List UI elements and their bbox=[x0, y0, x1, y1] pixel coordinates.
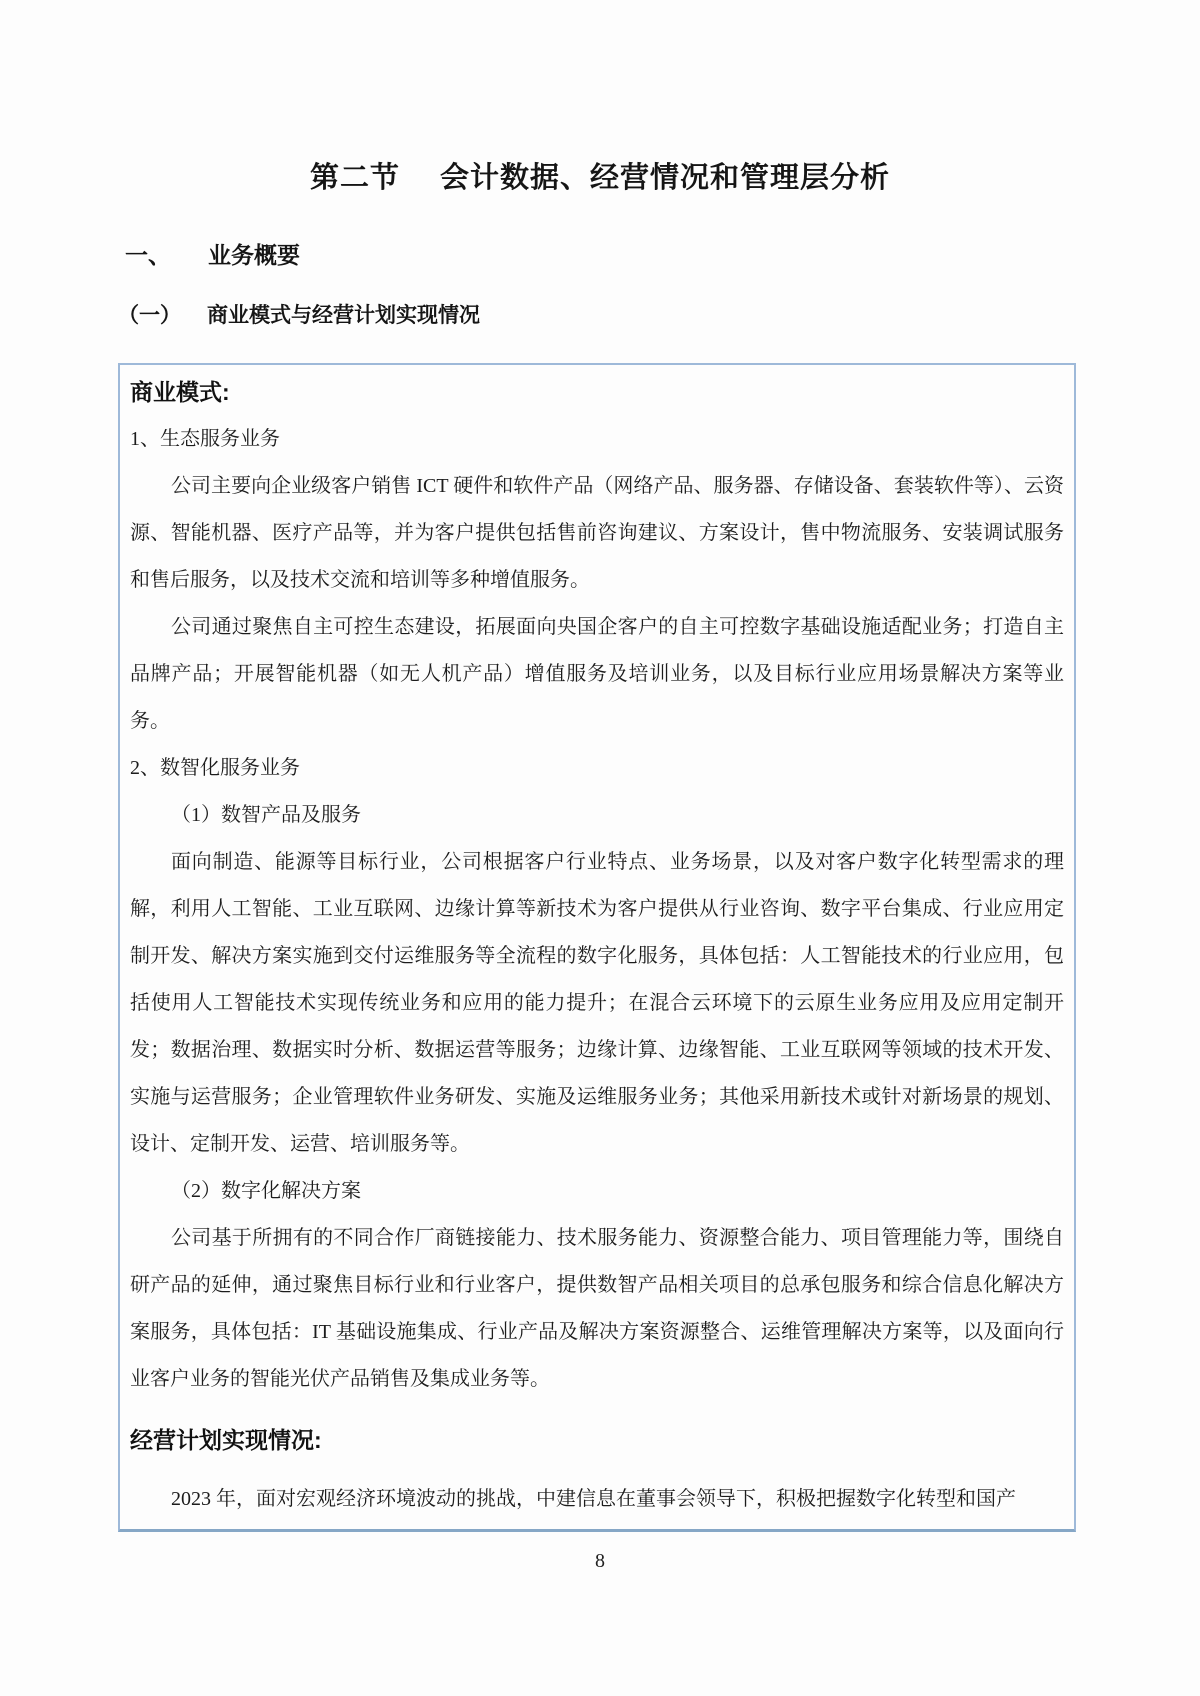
box-sub-item: （1）数智产品及服务 bbox=[130, 792, 1064, 839]
box-sub-item: （2）数字化解决方案 bbox=[130, 1168, 1064, 1215]
box-paragraph: 公司基于所拥有的不同合作厂商链接能力、技术服务能力、资源整合能力、项目管理能力等… bbox=[130, 1215, 1064, 1403]
document-page: 第二节会计数据、经营情况和管理层分析 一、业务概要 （一）商业模式与经营计划实现… bbox=[0, 0, 1200, 1696]
section-heading: 一、业务概要 bbox=[125, 238, 300, 272]
subsection-heading: （一）商业模式与经营计划实现情况 bbox=[118, 300, 480, 332]
box-numbered-item: 2、数智化服务业务 bbox=[130, 745, 1064, 792]
business-model-box: 商业模式:1、生态服务业务公司主要向企业级客户销售 ICT 硬件和软件产品（网络… bbox=[118, 363, 1076, 1532]
subsection-number: （一） bbox=[118, 300, 207, 332]
box-heading-operating-plan: 经营计划实现情况: bbox=[130, 1417, 1064, 1464]
box-paragraph: 面向制造、能源等目标行业，公司根据客户行业特点、业务场景，以及对客户数字化转型需… bbox=[130, 839, 1064, 1168]
subsection-title: 商业模式与经营计划实现情况 bbox=[207, 304, 480, 327]
box-paragraph: 2023 年，面对宏观经济环境波动的挑战，中建信息在董事会领导下，积极把握数字化… bbox=[130, 1476, 1064, 1523]
section-number: 一、 bbox=[125, 238, 208, 272]
chapter-heading: 第二节会计数据、经营情况和管理层分析 bbox=[0, 158, 1200, 198]
box-paragraph: 公司通过聚焦自主可控生态建设，拓展面向央国企客户的自主可控数字基础设施适配业务；… bbox=[130, 604, 1064, 745]
box-paragraph: 公司主要向企业级客户销售 ICT 硬件和软件产品（网络产品、服务器、存储设备、套… bbox=[130, 463, 1064, 604]
box-heading-business-model: 商业模式: bbox=[130, 369, 1064, 416]
section-title: 业务概要 bbox=[208, 242, 300, 268]
chapter-title: 会计数据、经营情况和管理层分析 bbox=[440, 162, 890, 194]
chapter-number: 第二节 bbox=[310, 162, 400, 194]
box-numbered-item: 1、生态服务业务 bbox=[130, 416, 1064, 463]
page-number: 8 bbox=[0, 1550, 1200, 1573]
